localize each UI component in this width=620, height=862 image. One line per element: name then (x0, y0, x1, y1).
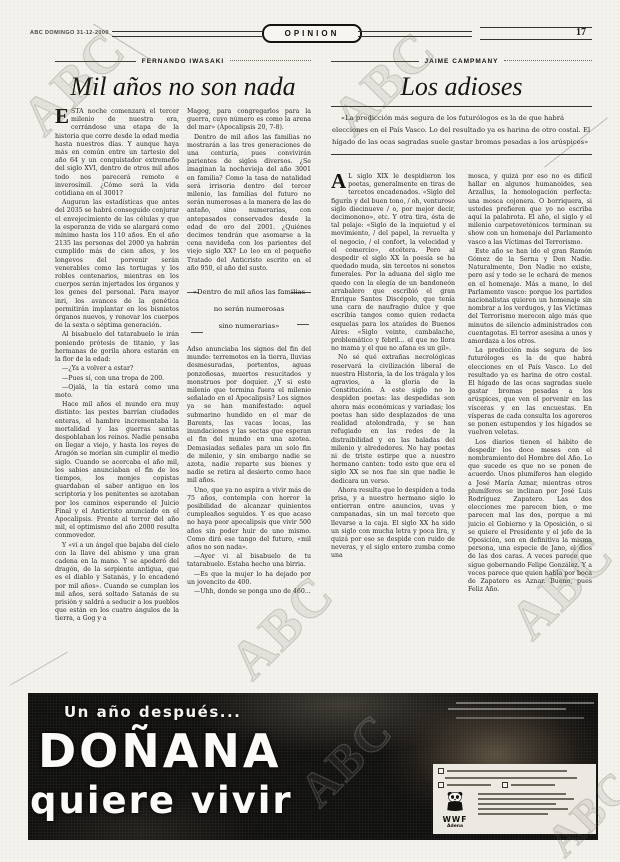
ad-fine-print-line (456, 717, 584, 719)
pull-quote: «Dentro de mil años las familias no será… (189, 282, 309, 337)
header-rule (112, 31, 262, 32)
coupon-text-line (478, 813, 548, 815)
author-byline: FERNANDO IWASAKI (142, 58, 224, 65)
paragraph: —Pues sí, con una tropa de 200. (55, 375, 179, 383)
wwf-logo-area: WWF Adena (438, 791, 591, 829)
page-number: 17 (552, 27, 586, 38)
article-title: Los adioses (331, 72, 592, 102)
section-badge: OPINION (262, 24, 362, 43)
article-los-adioses: JAIME CAMPMANY Los adioses «La predicció… (331, 56, 592, 660)
byline-row: JAIME CAMPMANY (331, 56, 592, 66)
pull-quote-line: «Dentro de mil años las familias (189, 284, 309, 301)
byline-rule (230, 60, 311, 62)
panda-icon (444, 791, 466, 811)
paragraph: Hace mil años el mundo era muy distinto:… (55, 401, 179, 540)
coupon-line (438, 777, 591, 779)
byline-rule (504, 60, 592, 62)
ad-fine-print-line (448, 708, 566, 710)
coupon-text-line (511, 784, 555, 786)
paragraph: No sé qué extrañas necrológicas reservar… (331, 354, 455, 485)
donation-coupon: WWF Adena (433, 764, 596, 834)
wwf-donana-advertisement: Un año después... DOÑANA quiere vivir AB… (28, 693, 598, 840)
coupon-text-line (478, 798, 574, 800)
newspaper-page: ABC DOMINGO 31-12-2000 OPINION 17 FERNAN… (0, 0, 620, 862)
header-rule (358, 31, 472, 32)
ad-subheadline: quiere vivir (30, 781, 293, 821)
coupon-line (438, 782, 591, 788)
coupon-line (438, 768, 591, 774)
column-1: ESTA noche comenzará el tercer milenio d… (55, 108, 179, 656)
paragraph: Uno, que ya no aspira a vivir más de 75 … (187, 487, 311, 553)
wwf-org-label: WWF (438, 815, 472, 824)
pull-quote-line: sino numerarias» (189, 318, 309, 335)
paragraph-text: L siglo XIX le despidieron los poetas, g… (331, 173, 455, 352)
paragraph: —¿Ya a volver a estar? (55, 365, 179, 373)
intro-line: hígado de las ocas sagradas suele gastar… (332, 136, 591, 148)
pull-quote-dash (297, 324, 309, 325)
edition-date: ABC DOMINGO 31-12-2000 (30, 30, 109, 36)
paragraph: Adso anunciaba los signos del fin del mu… (187, 346, 311, 485)
byline-row: FERNANDO IWASAKI (55, 56, 311, 66)
paragraph: —Uhh, donde se ponga uno de 460... (187, 588, 311, 596)
coupon-address-block (478, 791, 591, 829)
header-rule (358, 36, 472, 37)
intro-line: «La predicción más segura de los futuról… (332, 112, 591, 124)
author-byline: JAIME CAMPMANY (425, 58, 499, 65)
checkbox-icon (438, 782, 444, 788)
byline-rule (331, 61, 419, 62)
pull-quote-dash (191, 332, 203, 333)
paragraph: —Ayer vi al bisabuelo de tu tatarabuelo.… (187, 553, 311, 569)
article-intro: «La predicción más segura de los futuról… (331, 106, 592, 155)
coupon-text-line (478, 808, 568, 810)
coupon-text-line (447, 784, 491, 786)
paragraph: Los diarios tienen el hábito de despedir… (468, 439, 592, 595)
pull-quote-line: no serán numerosas (189, 301, 309, 318)
paragraph: AL siglo XIX le despidieron los poetas, … (331, 173, 455, 353)
abc-watermark: ABC (289, 703, 404, 818)
paragraph: Y «vi a un ángel que bajaba del cielo co… (55, 542, 179, 624)
paragraph: Ahora resulta que lo despiden a toda pri… (331, 487, 455, 561)
ad-fine-print-line (456, 702, 594, 704)
byline-rule (55, 61, 136, 62)
paragraph: Magog, para congregarlos para la guerra,… (187, 108, 311, 133)
coupon-text-line (478, 793, 566, 795)
paragraph: ESTA noche comenzará el tercer milenio d… (55, 108, 179, 198)
column-2: mosca, y quizá por eso no es difícil hal… (468, 173, 592, 660)
header-rule (112, 36, 262, 37)
paragraph: Dentro de mil años las familias no mostr… (187, 134, 311, 273)
column-1: AL siglo XIX le despidieron los poetas, … (331, 173, 455, 660)
paragraph: Al bisabuelo del tatarabuelo le irán pon… (55, 331, 179, 364)
article-body: ESTA noche comenzará el tercer milenio d… (55, 108, 311, 656)
dropcap: A (331, 173, 348, 190)
paragraph: Auguran las estadísticas que antes del 2… (55, 199, 179, 330)
scan-artifact-line (10, 652, 68, 686)
dropcap: E (55, 108, 71, 125)
paragraph: —Ojalá, la tía estará como una moto. (55, 384, 179, 400)
column-2: Magog, para congregarlos para la guerra,… (187, 108, 311, 656)
article-mil-anos: FERNANDO IWASAKI Mil años no son nada ES… (55, 56, 311, 656)
intro-line: elecciones en el País Vasco. Lo del resu… (332, 124, 591, 136)
ad-tagline: Un año después... (64, 703, 241, 721)
checkbox-icon (502, 782, 508, 788)
section-label: OPINION (285, 29, 340, 38)
header-rule (480, 39, 592, 40)
paragraph: —Es que la mujer lo ha dejado por un jov… (187, 571, 311, 587)
checkbox-icon (438, 768, 444, 774)
article-title: Mil años no son nada (55, 72, 311, 102)
coupon-text-line (447, 770, 567, 772)
coupon-text-line (445, 777, 577, 779)
paragraph: La predicción más segura de los futurólo… (468, 347, 592, 437)
paragraph: Este año se han ido el gran Ramón Gómez … (468, 248, 592, 346)
wwf-logo: WWF Adena (438, 791, 472, 829)
wwf-suborg-label: Adena (438, 824, 472, 829)
ad-headline: DOÑANA (38, 727, 282, 775)
coupon-text-line (478, 803, 556, 805)
paragraph: mosca, y quizá por eso no es difícil hal… (468, 173, 592, 247)
article-body: AL siglo XIX le despidieron los poetas, … (331, 173, 592, 660)
paragraph-text: STA noche comenzará el tercer milenio de… (55, 108, 179, 197)
